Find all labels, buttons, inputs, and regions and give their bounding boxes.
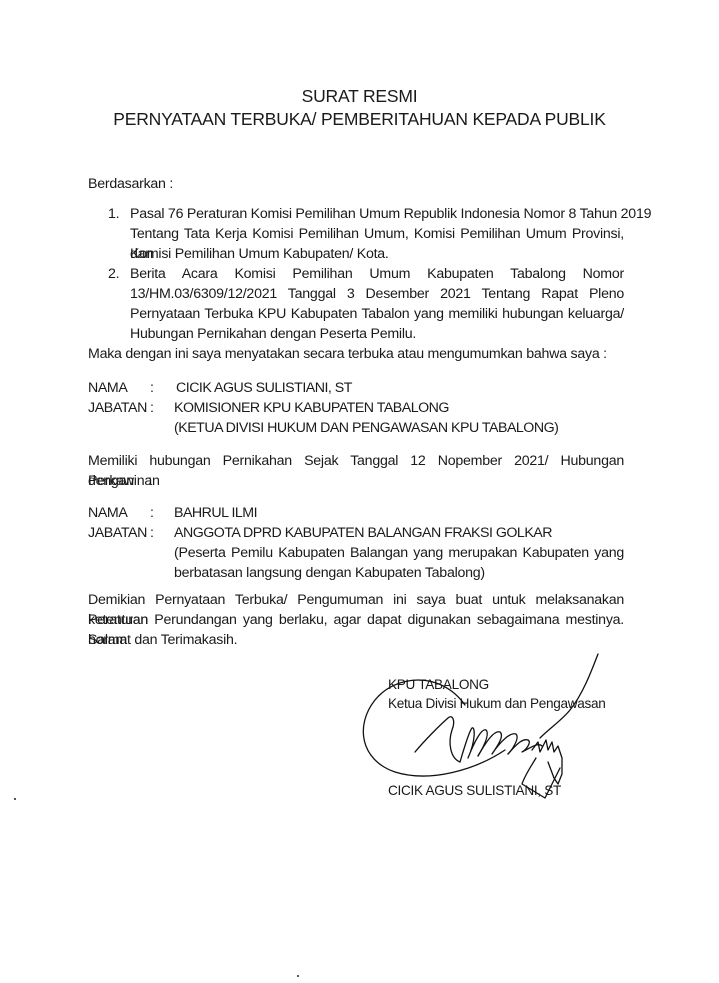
basis-item-1-number: 1. bbox=[108, 204, 119, 224]
declarant-name-label: NAMA bbox=[88, 378, 127, 398]
basis-item-2-number: 2. bbox=[108, 264, 119, 284]
document-title: SURAT RESMI bbox=[0, 86, 719, 107]
spouse-name-value: BAHRUL ILMI bbox=[174, 503, 257, 523]
declarant-position-colon: : bbox=[150, 398, 154, 418]
spouse-position-line-2: (Peserta Pemilu Kabupaten Balangan yang … bbox=[174, 543, 624, 563]
declaration-intro: Maka dengan ini saya menyatakan secara t… bbox=[88, 344, 607, 364]
spouse-position-label: JABATAN bbox=[88, 523, 147, 543]
scan-speck bbox=[14, 798, 16, 800]
relation-line-2: dengan bbox=[88, 471, 134, 491]
declarant-name-value: CICIK AGUS SULISTIANI, ST bbox=[176, 378, 352, 398]
document-subtitle: PERNYATAAN TERBUKA/ PEMBERITAHUAN KEPADA… bbox=[0, 109, 719, 130]
spouse-position-line-3: berbatasan langsung dengan Kabupaten Tab… bbox=[174, 563, 485, 583]
basis-item-1-line-1: Pasal 76 Peraturan Komisi Pemilihan Umum… bbox=[130, 204, 624, 224]
scan-speck bbox=[297, 975, 299, 977]
relation-line-1: Memiliki hubungan Pernikahan Sejak Tangg… bbox=[88, 451, 624, 491]
declarant-position-label: JABATAN bbox=[88, 398, 147, 418]
basis-item-1-line-3: Komisi Pemilihan Umum Kabupaten/ Kota. bbox=[130, 244, 389, 264]
spouse-position-colon: : bbox=[150, 523, 154, 543]
closing-line-3: hormat dan Terimakasih. bbox=[88, 630, 237, 650]
declarant-position-line-1: KOMISIONER KPU KABUPATEN TABALONG bbox=[174, 398, 449, 418]
basis-item-2-line-4: Hubungan Pernikahan dengan Peserta Pemil… bbox=[130, 324, 416, 344]
document-page: SURAT RESMI PERNYATAAN TERBUKA/ PEMBERIT… bbox=[0, 0, 719, 983]
spouse-name-label: NAMA bbox=[88, 503, 127, 523]
declarant-position-line-2: (KETUA DIVISI HUKUM DAN PENGAWASAN KPU T… bbox=[174, 418, 558, 438]
basis-item-2-line-3: Pernyataan Terbuka KPU Kabupaten Tabalon… bbox=[130, 304, 624, 324]
basis-item-2-line-1: Berita Acara Komisi Pemilihan Umum Kabup… bbox=[130, 264, 624, 284]
basis-item-2-line-2: 13/HM.03/6309/12/2021 Tanggal 3 Desember… bbox=[130, 284, 624, 304]
relation-colon: : bbox=[148, 471, 152, 491]
basis-intro: Berdasarkan : bbox=[88, 174, 173, 194]
declarant-name-colon: : bbox=[150, 378, 154, 398]
spouse-name-colon: : bbox=[150, 503, 154, 523]
handwritten-signature-icon bbox=[300, 650, 630, 820]
spouse-position-line-1: ANGGOTA DPRD KABUPATEN BALANGAN FRAKSI G… bbox=[174, 523, 552, 543]
